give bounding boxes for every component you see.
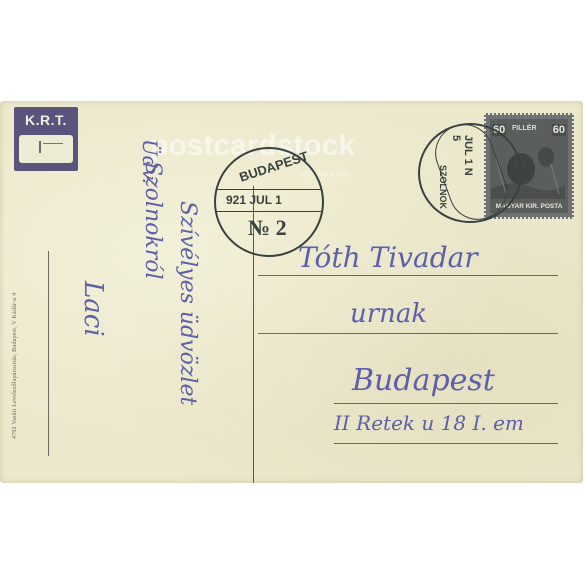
message-signature: Laci xyxy=(78,281,108,337)
krt-mark xyxy=(39,141,41,153)
address-line-4 xyxy=(334,443,558,444)
krt-label: K.R.T. xyxy=(14,112,78,128)
address-name: Tóth Tivadar xyxy=(298,241,478,274)
address-city: Budapest xyxy=(352,363,495,398)
postmark-city: BUDAPEST xyxy=(237,148,310,184)
postmark-number: № 2 xyxy=(248,215,287,241)
krt-mark-line xyxy=(43,143,63,144)
stamp-top-text: FILLÉR xyxy=(512,125,537,132)
stamp-value-right: 60 xyxy=(552,124,566,136)
postmark-right-date: JUL 1 N 5 xyxy=(450,135,474,181)
postmark-date: 921 JUL 1 xyxy=(226,193,282,207)
postmark-right-city: SZOLNOK xyxy=(438,165,448,209)
printer-imprint: 4792 Vasüti Levelezőlapárusitás, Budapes… xyxy=(12,293,18,439)
address-line-3 xyxy=(334,403,558,404)
postmark-rule-top xyxy=(216,189,322,190)
printer-rule xyxy=(48,251,49,456)
address-line-1 xyxy=(258,275,558,276)
message-line-3: Szolnokról xyxy=(140,161,165,280)
krt-field xyxy=(19,135,73,163)
krt-label-box: K.R.T. xyxy=(14,107,78,171)
address-line-2 xyxy=(258,333,558,334)
address-street: II Retek u 18 I. em xyxy=(334,411,524,435)
message-line-2: Szívélyes üdvözlet xyxy=(175,201,200,405)
address-title: urnak xyxy=(350,299,427,329)
postcard: K.R.T. postcardstock képeslap & fotó 479… xyxy=(0,101,583,483)
postmark-rule-bottom xyxy=(216,211,322,212)
postmark-right: JUL 1 N 5 SZOLNOK xyxy=(418,123,522,223)
